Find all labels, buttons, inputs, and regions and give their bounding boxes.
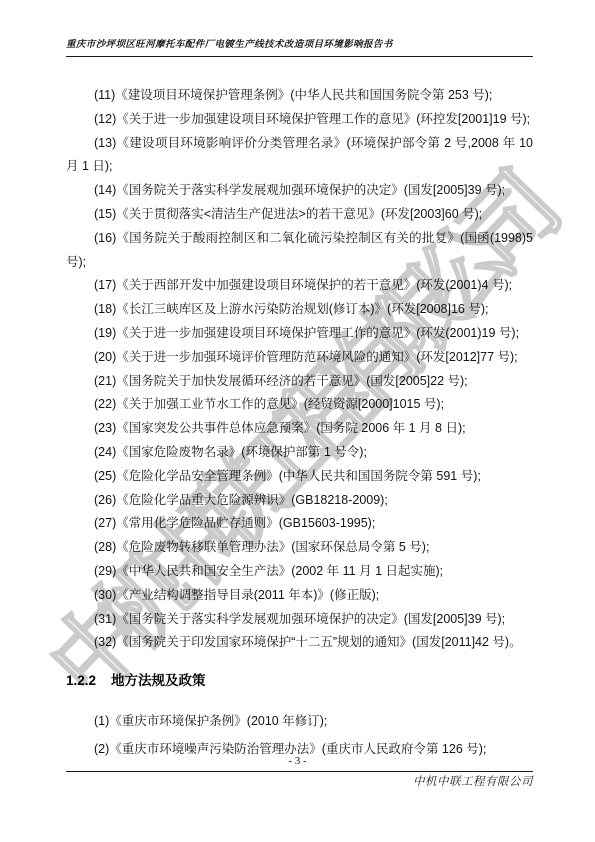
list-item: (1)《重庆市环境保护条例》(2010 年修订); [66,707,533,735]
list-item: (22)《关于加强工业节水工作的意见》(经贸资源[2000]1015 号); [66,393,533,417]
list-item: (16)《国务院关于酸雨控制区和二氧化硫污染控制区有关的批复》(国函(1998)… [66,227,533,275]
section-heading: 1.2.2地方法规及政策 [66,671,533,691]
section-number: 1.2.2 [66,673,96,688]
list-item: (20)《关于进一步加强环境评价管理防范环境风险的通知》(环发[2012]77 … [66,346,533,370]
list-item: (23)《国家突发公共事件总体应急预案》(国务院 2006 年 1 月 8 日)… [66,417,533,441]
list-item: (31)《国务院关于落实科学发展观加强环境保护的决定》(国发[2005]39 号… [66,608,533,632]
document-page: 中机中联工程有限公司 重庆市沙坪坝区旺河摩托车配件厂电镀生产线技术改造项目环境影… [0,0,595,842]
footer-company-name: 中机中联工程有限公司 [66,775,533,789]
list-item: (18)《长江三峡库区及上游水污染防治规划(修订本)》(环发[2008]16 号… [66,298,533,322]
list-item: (15)《关于贯彻落实<清洁生产促进法>的若干意见》(环发[2003]60 号)… [66,203,533,227]
list-item: (32)《国务院关于印发国家环境保护“十二五”规划的通知》(国发[2011]42… [66,631,533,655]
list-item: (21)《国务院关于加快发展循环经济的若干意见》(国发[2005]22 号); [66,370,533,394]
list-item: (24)《国家危险废物名录》(环境保护部第 1 号令); [66,441,533,465]
list-item: (14)《国务院关于落实科学发展观加强环境保护的决定》(国发[2005]39 号… [66,179,533,203]
list-item: (27)《常用化学危险品贮存通则》(GB15603-1995); [66,512,533,536]
list-item: (28)《危险废物转移联单管理办法》(国家环保总局令第 5 号); [66,536,533,560]
list-item: (30)《产业结构调整指导目录(2011 年本)》(修正版); [66,584,533,608]
section-title: 地方法规及政策 [111,673,206,688]
page-number: - 3 - [0,754,595,768]
list-item: (26)《危险化学品重大危险源辨识》(GB18218-2009); [66,489,533,513]
list-item: (19)《关于进一步加强建设项目环境保护管理工作的意见》(环发(2001)19 … [66,322,533,346]
list-item: (13)《建设项目环境影响评价分类管理名录》(环境保护部令第 2 号,2008 … [66,132,533,180]
page-header: 重庆市沙坪坝区旺河摩托车配件厂电镀生产线技术改造项目环境影响报告书 [66,39,533,57]
list-item: (12)《关于进一步加强建设项目环境保护管理工作的意见》(环控发[2001]19… [66,108,533,132]
report-title: 重庆市沙坪坝区旺河摩托车配件厂电镀生产线技术改造项目环境影响报告书 [66,39,533,51]
list-item: (29)《中华人民共和国安全生产法》(2002 年 11 月 1 日起实施); [66,560,533,584]
page-footer: 中机中联工程有限公司 [66,771,533,789]
regulation-list: (11)《建设项目环境保护管理条例》(中华人民共和国国务院令第 253 号); … [66,84,533,763]
list-item: (11)《建设项目环境保护管理条例》(中华人民共和国国务院令第 253 号); [66,84,533,108]
list-item: (17)《关于西部开发中加强建设项目环境保护的若干意见》(环发(2001)4 号… [66,274,533,298]
list-item: (25)《危险化学品安全管理条例》(中华人民共和国国务院令第 591 号); [66,465,533,489]
